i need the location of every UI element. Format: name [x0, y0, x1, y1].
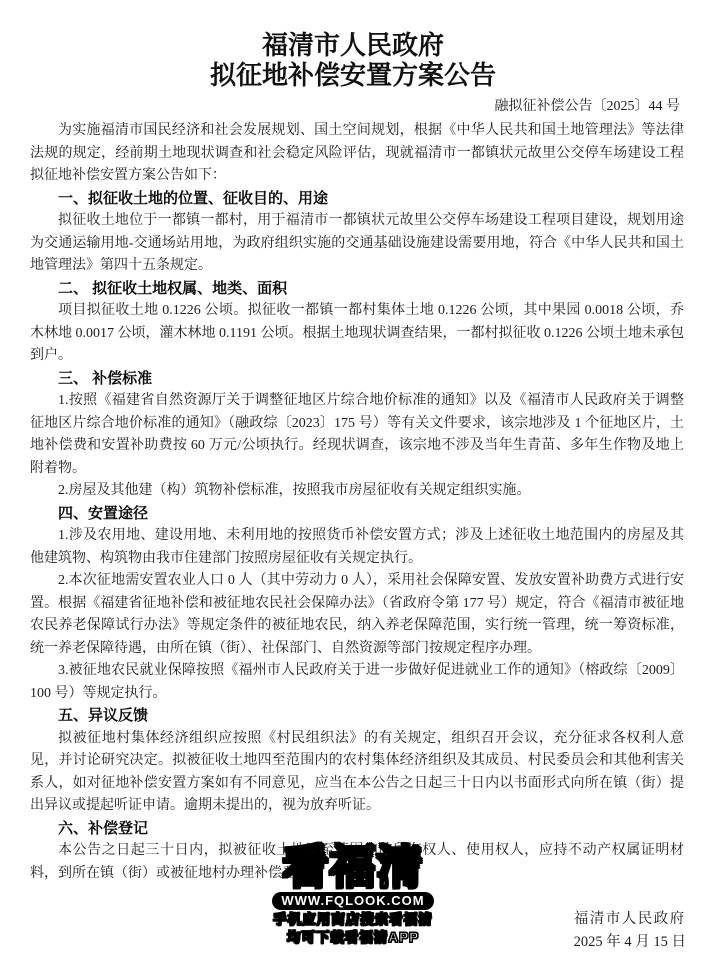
section-1-heading: 一、拟征收土地的位置、征收目的、用途: [30, 188, 684, 211]
section-5-heading: 五、异议反馈: [30, 705, 684, 728]
watermark-tagline-1: 手机应用商店搜索看福清: [193, 912, 513, 928]
document-body: 为实施福清市国民经济和社会发展规划、国土空间规划，根据《中华人民共和国土地管理法…: [30, 120, 684, 885]
signature-date: 2025 年 4 月 15 日: [574, 931, 686, 954]
section-1-paragraph: 拟征收土地位于一都镇一都村，用于福清市一都镇状元故里公交停车场建设工程项目建设，…: [30, 210, 684, 278]
title-subject-line: 拟征地补偿安置方案公告: [0, 60, 706, 90]
section-3-paragraph-1: 1.按照《福建省自然资源厅关于调整征地区片综合地价标准的通知》以及《福清市人民政…: [30, 390, 684, 480]
section-4-heading: 四、安置途径: [30, 503, 684, 526]
section-6-heading: 六、补偿登记: [30, 818, 684, 841]
section-4-paragraph-2: 2.本次征地需安置农业人口 0 人（其中劳动力 0 人），采用社会保障安置、发放…: [30, 570, 684, 660]
section-2-paragraph: 项目拟征收土地 0.1226 公顷。拟征收一都镇一都村集体土地 0.1226 公…: [30, 300, 684, 368]
section-6-paragraph: 本公告之日起三十日内，拟被征收土地四至范围内的所有权人、使用权人，应持不动产权属…: [30, 840, 684, 885]
title-issuer-line: 福清市人民政府: [0, 30, 706, 60]
section-2-heading: 二、 拟征收土地权属、地类、面积: [30, 278, 684, 301]
signature-issuer: 福清市人民政府: [574, 908, 686, 931]
notice-page: 福清市人民政府 拟征地补偿安置方案公告 融拟征补偿公告〔2025〕44 号 为实…: [0, 0, 706, 961]
watermark-tagline-2: 均可下载看福清APP: [193, 930, 513, 946]
section-4-paragraph-1: 1.涉及农用地、建设用地、未利用地的按照货币补偿安置方式；涉及上述征收土地范围内…: [30, 525, 684, 570]
intro-paragraph: 为实施福清市国民经济和社会发展规划、国土空间规划，根据《中华人民共和国土地管理法…: [30, 120, 684, 188]
section-3-heading: 三、 补偿标准: [30, 368, 684, 391]
section-4-paragraph-3: 3.被征地农民就业保障按照《福州市人民政府关于进一步做好促进就业工作的通知》（榕…: [30, 660, 684, 705]
section-5-paragraph: 拟被征地村集体经济组织应按照《村民组织法》的有关规定，组织召开会议，充分征求各权…: [30, 728, 684, 818]
watermark-website-badge: WWW.FQLOOK.COM: [272, 892, 433, 910]
section-3-paragraph-2: 2.房屋及其他建（构）筑物补偿标准，按照我市房屋征收有关规定组织实施。: [30, 480, 684, 503]
signature-block: 福清市人民政府 2025 年 4 月 15 日: [574, 908, 686, 954]
document-title: 福清市人民政府 拟征地补偿安置方案公告: [0, 0, 706, 90]
document-number: 融拟征补偿公告〔2025〕44 号: [0, 96, 706, 118]
